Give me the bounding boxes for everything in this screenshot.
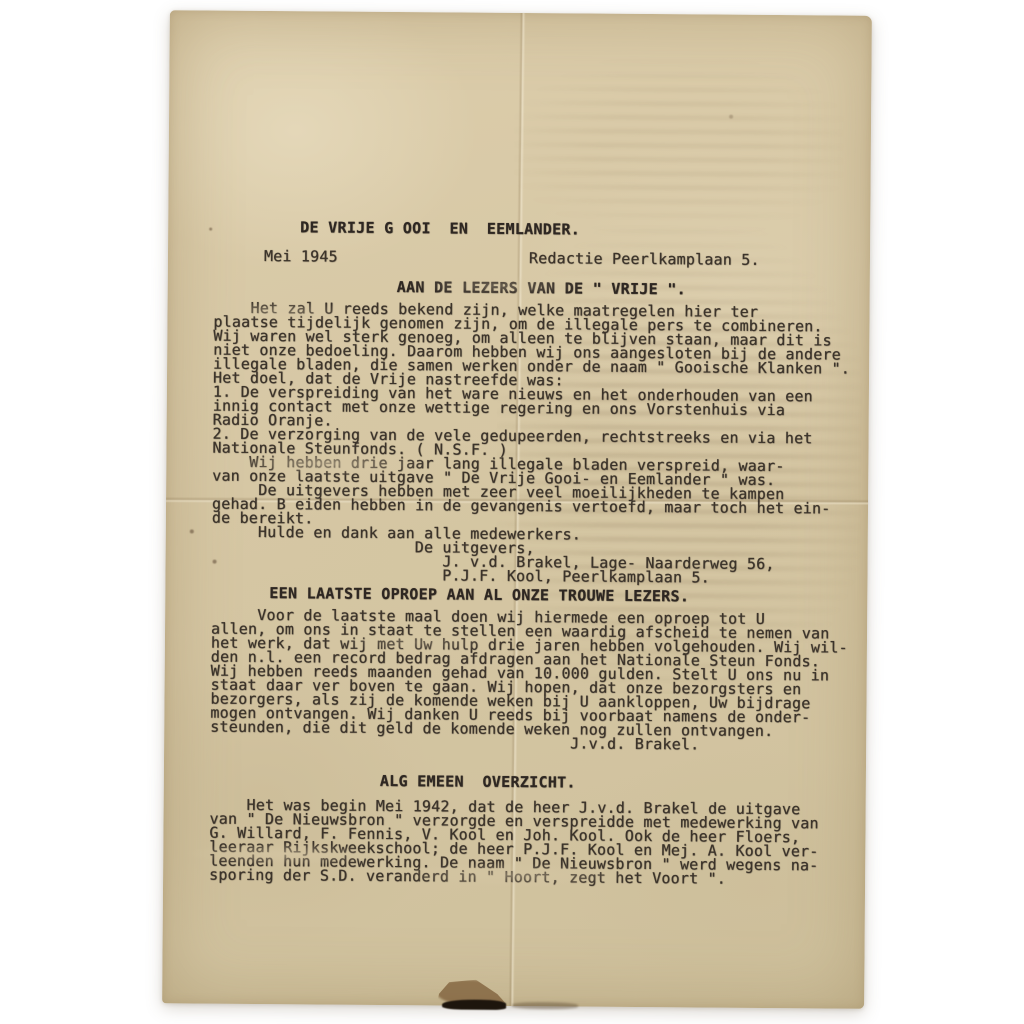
paper-speck [190, 529, 194, 533]
masthead-title: DE VRIJE G OOI EN EEMLANDER. [300, 220, 580, 236]
section-body-algemeen-overzicht: Het was begin Mei 1942, dat de heer J.v.… [209, 798, 819, 887]
paper-speck [209, 228, 212, 231]
bleedthrough-text-upper [513, 58, 844, 236]
issue-date: Mei 1945 [264, 249, 338, 264]
paper-speck [729, 115, 733, 119]
document-paper: DE VRIJE G OOI EN EEMLANDER. Mei 1945 Re… [162, 10, 872, 1008]
section-body-aan-de-lezers: Het zal U reeds bekend zijn, welke maatr… [211, 301, 850, 586]
ink-stain [442, 999, 506, 1010]
redactie-address: Redactie Peerlkamplaan 5. [529, 251, 760, 267]
brown-stain [436, 979, 508, 1006]
section-body-laatste-oproep: Voor de laatste maal doen wij hiermede e… [210, 608, 848, 753]
section-heading-algemeen-overzicht: ALG EMEEN OVERZICHT. [380, 774, 576, 790]
section-heading-aan-de-lezers: AAN DE LEZERS VAN DE " VRIJE ". [397, 280, 686, 296]
screenshot-root: { "photo": { "background_color": "#fffff… [0, 0, 1024, 1024]
photo-backdrop: DE VRIJE G OOI EN EEMLANDER. Mei 1945 Re… [0, 0, 1024, 1024]
section-heading-laatste-oproep: EEN LAATSTE OPROEP AAN AL ONZE TROUWE LE… [269, 586, 689, 603]
stain-smear [512, 1002, 578, 1010]
